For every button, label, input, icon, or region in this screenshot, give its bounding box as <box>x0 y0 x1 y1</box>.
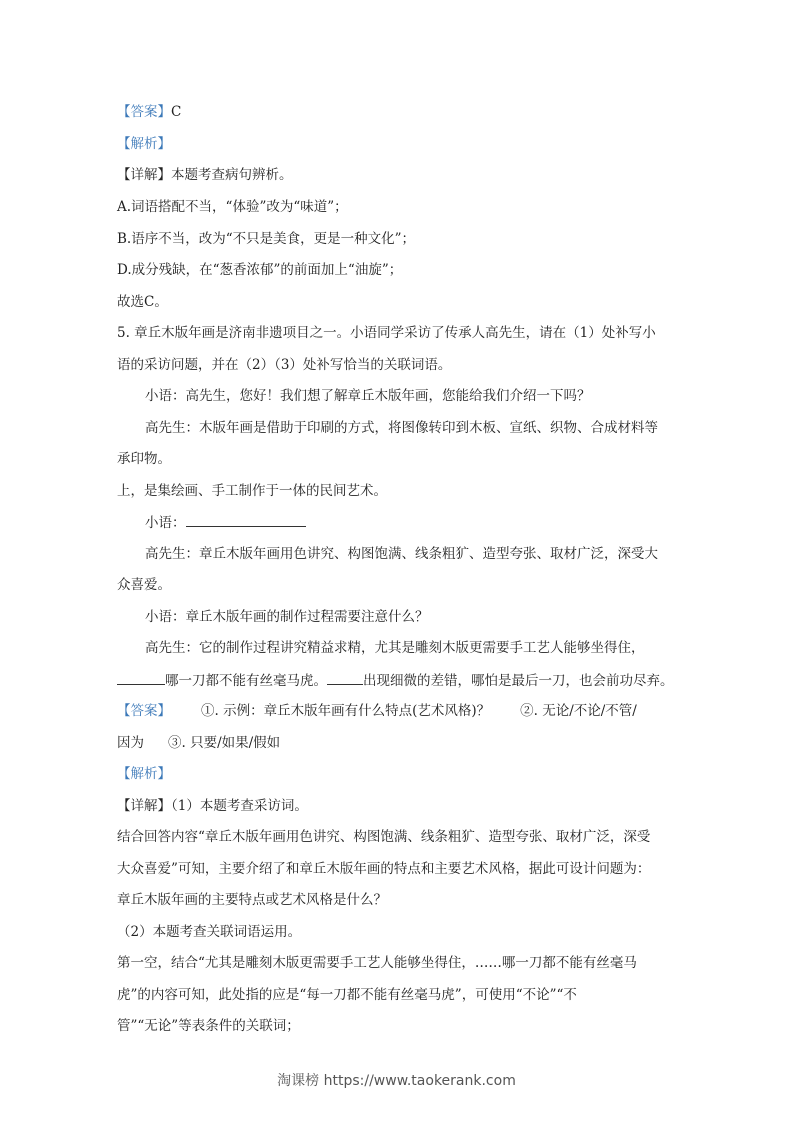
q4-line-d: D.成分残缺，在“葱香浓郁”的前面加上“油旋”； <box>117 260 402 280</box>
q4-line-a: A.词语搭配不当，“体验”改为“味道”； <box>117 197 348 217</box>
text: 哪一刀都不能有丝毫马虎。 <box>165 673 327 689</box>
answer-blank-2[interactable] <box>117 670 165 685</box>
detail-tag: 【详解】 <box>117 167 171 183</box>
q5-answer-line2: 因为③. 只要/如果/假如 <box>117 733 280 753</box>
dialogue-6b: 哪一刀都不能有丝毫马虎。出现细微的差错，哪怕是最后一刀，也会前功尽弃。 <box>117 670 674 691</box>
answer-2a: ②. 无论/不论/不管/ <box>520 703 637 719</box>
explain-line: 虎”的内容可知，此处指的应是“每一刀都不能有丝毫马虎”，可使用“不论”“不 <box>117 985 577 1005</box>
explain-line: 第一空，结合“尤其是雕刻木版更需要手工艺人能够坐得住，……哪一刀都不能有丝毫马 <box>117 953 637 973</box>
q5-analysis-tag: 【解析】 <box>117 764 171 784</box>
answer-blank-3[interactable] <box>327 670 363 685</box>
answer-3: ③. 只要/如果/假如 <box>168 735 280 751</box>
detail-text: 本题考查病句辨析。 <box>171 167 293 183</box>
dialogue-2b: 承印物。 <box>117 449 171 469</box>
answer-1: ①. 示例：章丘木版年画有什么特点(艺术风格)？ <box>201 703 490 719</box>
dialogue-5: 小语：章丘木版年画的制作过程需要注意什么？ <box>145 607 429 627</box>
dialogue-6a: 高先生：它的制作过程讲究精益求精，尤其是雕刻木版更需要手工艺人能够坐得住， <box>145 638 645 658</box>
dialogue-1: 小语：高先生，您好！我们想了解章丘木版年画，您能给我们介绍一下吗？ <box>145 386 591 406</box>
dialogue-2c: 上，是集绘画、手工制作于一体的民间艺术。 <box>117 481 387 501</box>
q4-conclusion: 故选C。 <box>117 292 168 312</box>
explain-line: 结合回答内容“章丘木版年画用色讲究、构图饱满、线条粗犷、造型夸张、取材广泛，深受 <box>117 827 650 847</box>
q5-detail: 【详解】（1）本题考查采访词。 <box>117 796 308 816</box>
explain-line: 管”“无论”等表条件的关联词； <box>117 1016 300 1036</box>
q5-stem-line2: 语的采访问题，并在（2）（3）处补写恰当的关联词语。 <box>117 355 451 375</box>
watermark-footer: 淘课榜 https://www.taokerank.com <box>0 1070 793 1090</box>
dialogue-4b: 众喜爱。 <box>117 575 171 595</box>
answer-tag: 【答案】 <box>117 104 171 120</box>
q4-analysis-tag: 【解析】 <box>117 134 171 154</box>
speaker-label: 小语： <box>145 515 186 531</box>
answer-2b: 因为 <box>117 735 144 751</box>
dialogue-4a: 高先生：章丘木版年画用色讲究、构图饱满、线条粗犷、造型夸张、取材广泛，深受大 <box>145 544 658 564</box>
detail-tag: 【详解】 <box>117 798 171 814</box>
q5-stem-line1: 5. 章丘木版年画是济南非遗项目之一。小语同学采访了传承人高先生，请在（1）处补… <box>117 323 656 343</box>
detail-text: （1）本题考查采访词。 <box>171 798 308 814</box>
q4-detail: 【详解】本题考查病句辨析。 <box>117 165 293 185</box>
q4-line-b: B.语序不当，改为“不只是美食，更是一种文化”； <box>117 229 415 249</box>
dialogue-2a: 高先生：木版年画是借助于印刷的方式，将图像转印到木板、宣纸、织物、合成材料等 <box>145 418 658 438</box>
text: 出现细微的差错，哪怕是最后一刀，也会前功尽弃。 <box>363 673 674 689</box>
explain-line: 大众喜爱”可知，主要介绍了和章丘木版年画的特点和主要艺术风格，据此可设计问题为： <box>117 859 650 879</box>
q5-answer-line1: 【答案】①. 示例：章丘木版年画有什么特点(艺术风格)？②. 无论/不论/不管/ <box>117 701 637 721</box>
answer-value: C <box>171 104 181 120</box>
answer-blank-1[interactable] <box>186 512 306 527</box>
q4-answer: 【答案】C <box>117 102 181 122</box>
explain-line: （2）本题考查关联词语运用。 <box>117 922 301 942</box>
dialogue-3: 小语： <box>145 512 306 533</box>
explain-line: 章丘木版年画的主要特点或艺术风格是什么？ <box>117 890 387 910</box>
answer-tag: 【答案】 <box>117 703 171 719</box>
